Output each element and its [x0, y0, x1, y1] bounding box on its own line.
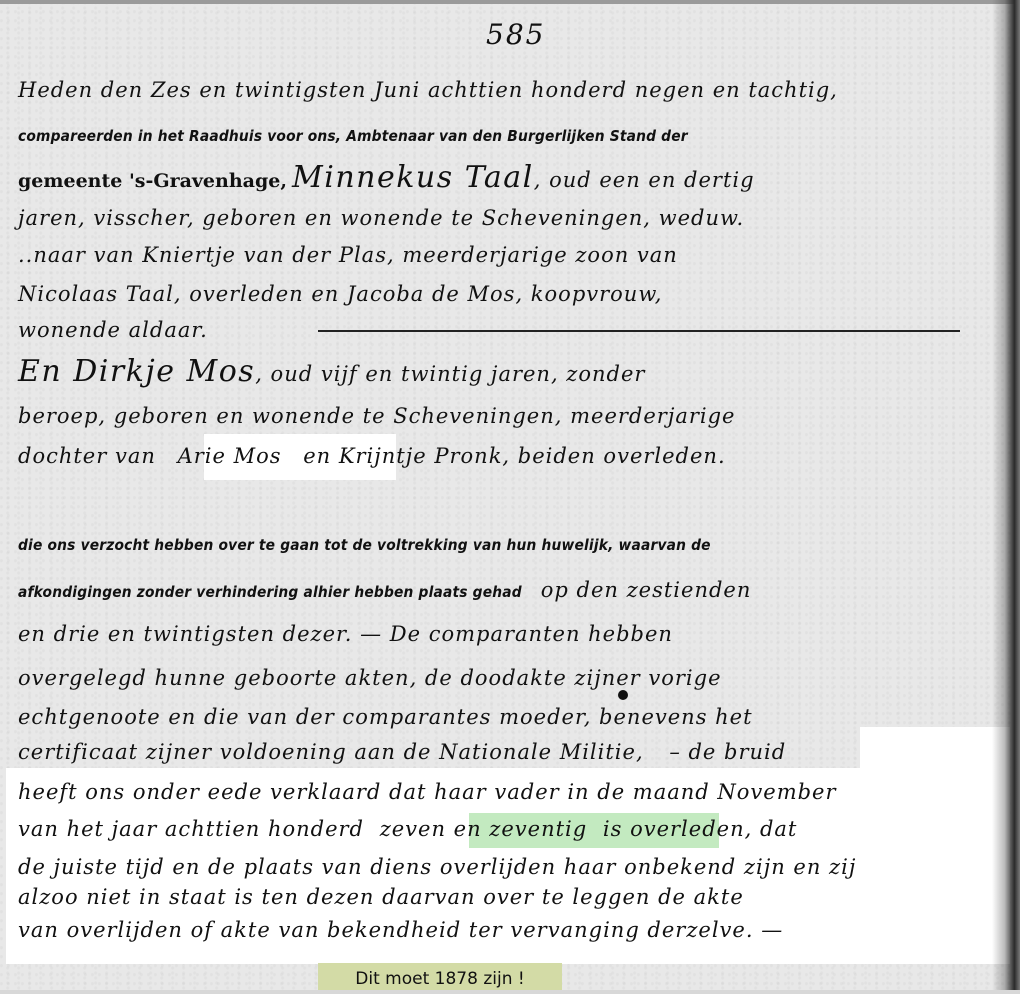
militie-text: certificaat zijner voldoening aan de Nat… — [18, 740, 644, 764]
page-number: 585 — [486, 18, 545, 51]
text-line-8: En Dirkje Mos, oud vijf en twintig jaren… — [18, 354, 645, 389]
text-line-6: Nicolaas Taal, overleden en Jacoba de Mo… — [18, 282, 663, 306]
text-line-11: die ons verzocht hebben over te gaan tot… — [18, 536, 711, 554]
text-line-12: afkondigingen zonder verhindering alhier… — [18, 578, 751, 602]
groom-age: , oud een en dertig — [534, 168, 755, 192]
text-line-4: jaren, visscher, geboren en wonende te S… — [18, 206, 744, 230]
text-line-5: ..naar van Kniertje van der Plas, meerde… — [18, 243, 678, 267]
year-suffix: is overleden, dat — [603, 817, 797, 841]
text-line-21: van overlijden of akte van bekendheid te… — [18, 918, 783, 942]
text-line-15: echtgenoote en die van der comparantes m… — [18, 705, 753, 729]
text-line-9: beroep, geboren en wonende te Schevening… — [18, 404, 736, 428]
text-line-19: de juiste tijd en de plaats van diens ov… — [18, 855, 856, 879]
bottom-strip — [0, 990, 1020, 994]
handwritten-date: op den zestienden — [541, 578, 752, 602]
father-name-highlighted: Arie Mos — [178, 444, 282, 468]
ink-dot — [618, 690, 628, 700]
separator-rule — [318, 330, 960, 332]
bride-age: , oud vijf en twintig jaren, zonder — [255, 362, 645, 386]
printed-afkondigingen: afkondigingen zonder verhindering alhier… — [18, 583, 522, 601]
text-line-7: wonende aldaar. — [18, 318, 208, 342]
year-prefix: van het jaar achttien honderd — [18, 817, 364, 841]
highlighted-year-words: zeven en zeventig — [380, 817, 588, 841]
scan-right-edge — [992, 0, 1020, 994]
bride-name: En Dirkje Mos — [18, 354, 255, 389]
text-line-10: dochter van Arie Mos en Krijntje Pronk, … — [18, 444, 726, 468]
dochter-van-label: dochter van — [18, 444, 156, 468]
text-line-17: heeft ons onder eede verklaard dat haar … — [18, 780, 837, 804]
scanned-document-page: 585 Heden den Zes en twintigsten Juni ac… — [0, 0, 1020, 994]
text-line-2: compareerden in het Raadhuis voor ons, A… — [18, 127, 688, 145]
text-line-3: gemeente 's-Gravenhage, Minnekus Taal, o… — [18, 160, 755, 195]
text-line-18: van het jaar achttien honderd zeven en z… — [18, 817, 797, 841]
text-line-13: en drie en twintigsten dezer. — De compa… — [18, 622, 673, 646]
text-line-16: certificaat zijner voldoening aan de Nat… — [18, 740, 786, 764]
text-line-14: overgelegd hunne geboorte akten, de dood… — [18, 666, 722, 690]
text-line-20: alzoo niet in staat is ten dezen daarvan… — [18, 885, 744, 909]
highlight-box-de-bruid — [860, 727, 1010, 769]
mother-name: en Krijntje Pronk, beiden overleden. — [303, 444, 725, 468]
de-bruid-text: – de bruid — [669, 740, 786, 764]
text-line-1: Heden den Zes en twintigsten Juni achtti… — [18, 78, 838, 102]
groom-name: Minnekus Taal — [292, 160, 534, 195]
municipality-label: gemeente 's-Gravenhage, — [18, 170, 287, 192]
scan-top-edge — [0, 0, 1020, 4]
